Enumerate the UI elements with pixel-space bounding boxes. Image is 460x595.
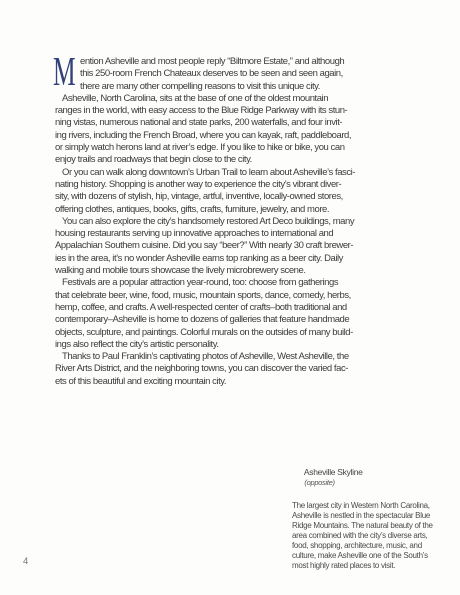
paragraph-text: Asheville, North Carolina, sits at the b… — [55, 93, 351, 165]
paragraph-text: ention Asheville and most people reply “… — [80, 56, 344, 92]
book-page: Mention Asheville and most people reply … — [0, 0, 460, 595]
paragraph: Or you can walk along downtown’s Urban T… — [55, 167, 395, 216]
paragraph: Festivals are a popular attraction year-… — [55, 277, 395, 351]
paragraph-text: Or you can walk along downtown’s Urban T… — [55, 167, 355, 215]
paragraph: Mention Asheville and most people reply … — [55, 56, 395, 93]
caption-text: The largest city in Western North Caroli… — [292, 501, 447, 571]
paragraph: You can also explore the city’s handsome… — [55, 216, 395, 277]
drop-cap-letter: M — [53, 56, 67, 87]
paragraph: Asheville, North Carolina, sits at the b… — [55, 93, 395, 167]
paragraph-text: Thanks to Paul Franklin’s captivating ph… — [55, 351, 349, 387]
article-body: Mention Asheville and most people reply … — [55, 56, 395, 388]
paragraph: Thanks to Paul Franklin’s captivating ph… — [55, 351, 395, 388]
caption-title-row: Asheville Skyline (opposite) — [292, 457, 447, 497]
paragraph-text: You can also explore the city’s handsome… — [55, 216, 354, 276]
photo-caption: Asheville Skyline (opposite) The largest… — [292, 457, 447, 571]
caption-title: Asheville Skyline — [304, 467, 363, 477]
caption-title-note: (opposite) — [304, 478, 334, 487]
page-number: 4 — [23, 556, 28, 567]
paragraph-text: Festivals are a popular attraction year-… — [55, 277, 353, 349]
drop-cap: M — [53, 56, 75, 81]
